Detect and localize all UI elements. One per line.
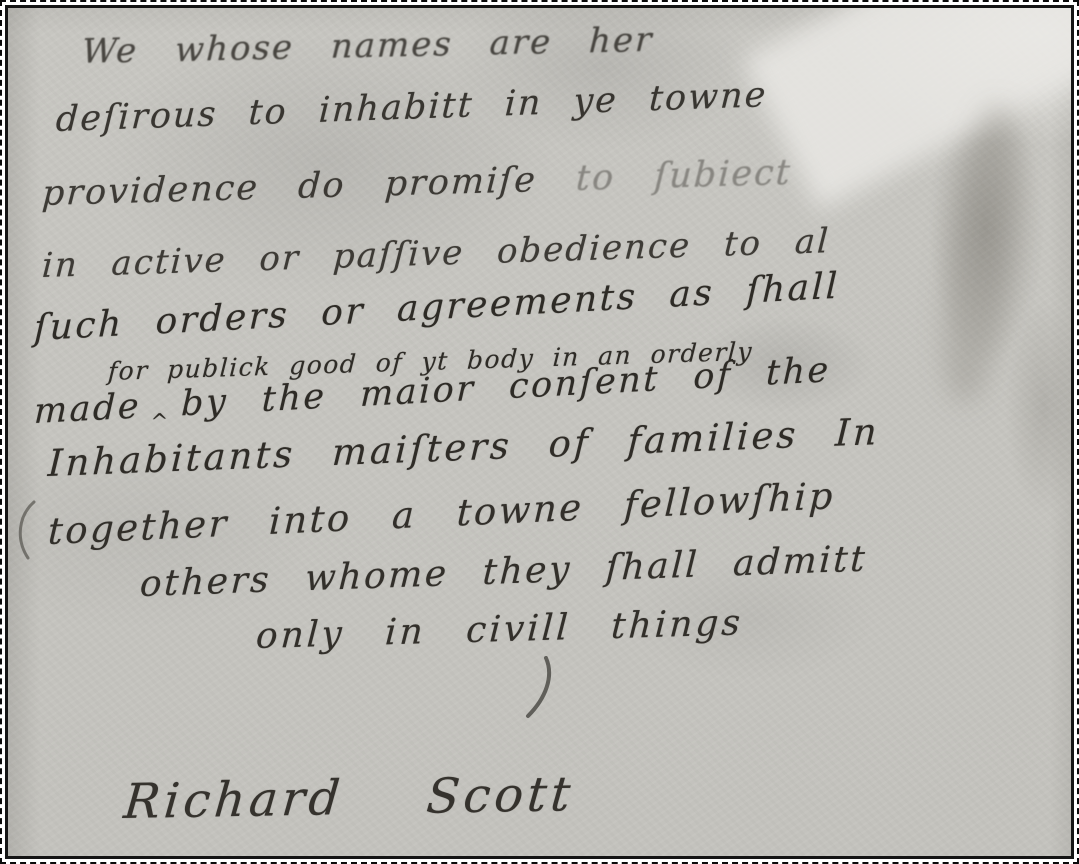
ink-stain: [931, 100, 1031, 406]
manuscript-photo: We whose names are her deſirous to inhab…: [8, 8, 1071, 856]
manuscript-line-3-main: providence do promiſe: [41, 160, 538, 214]
manuscript-line-8: together into a towne fellowſhip: [47, 474, 836, 553]
manuscript-line-3: providence do promiſe to ſubiect: [41, 153, 793, 214]
manuscript-line-3-faded: to ſubiect: [575, 153, 793, 199]
torn-corner-highlight: [742, 5, 1074, 210]
manuscript-line-6-word: made: [33, 386, 141, 432]
pen-flourish: [520, 656, 560, 720]
photo-frame: We whose names are her deſirous to inhab…: [5, 5, 1074, 859]
manuscript-line-2: deſirous to inhabitt in ye towne: [55, 75, 768, 140]
stray-pen-stroke: [12, 500, 38, 560]
photo-plate: We whose names are her deſirous to inhab…: [0, 0, 1079, 864]
manuscript-line-10: only in civill things: [255, 602, 744, 657]
insertion-caret: ^: [150, 409, 171, 434]
manuscript-line-1: We whose names are her: [81, 20, 654, 72]
manuscript-line-9: others whome they ſhall admitt: [139, 539, 868, 605]
signature: Richard Scott: [122, 766, 577, 830]
